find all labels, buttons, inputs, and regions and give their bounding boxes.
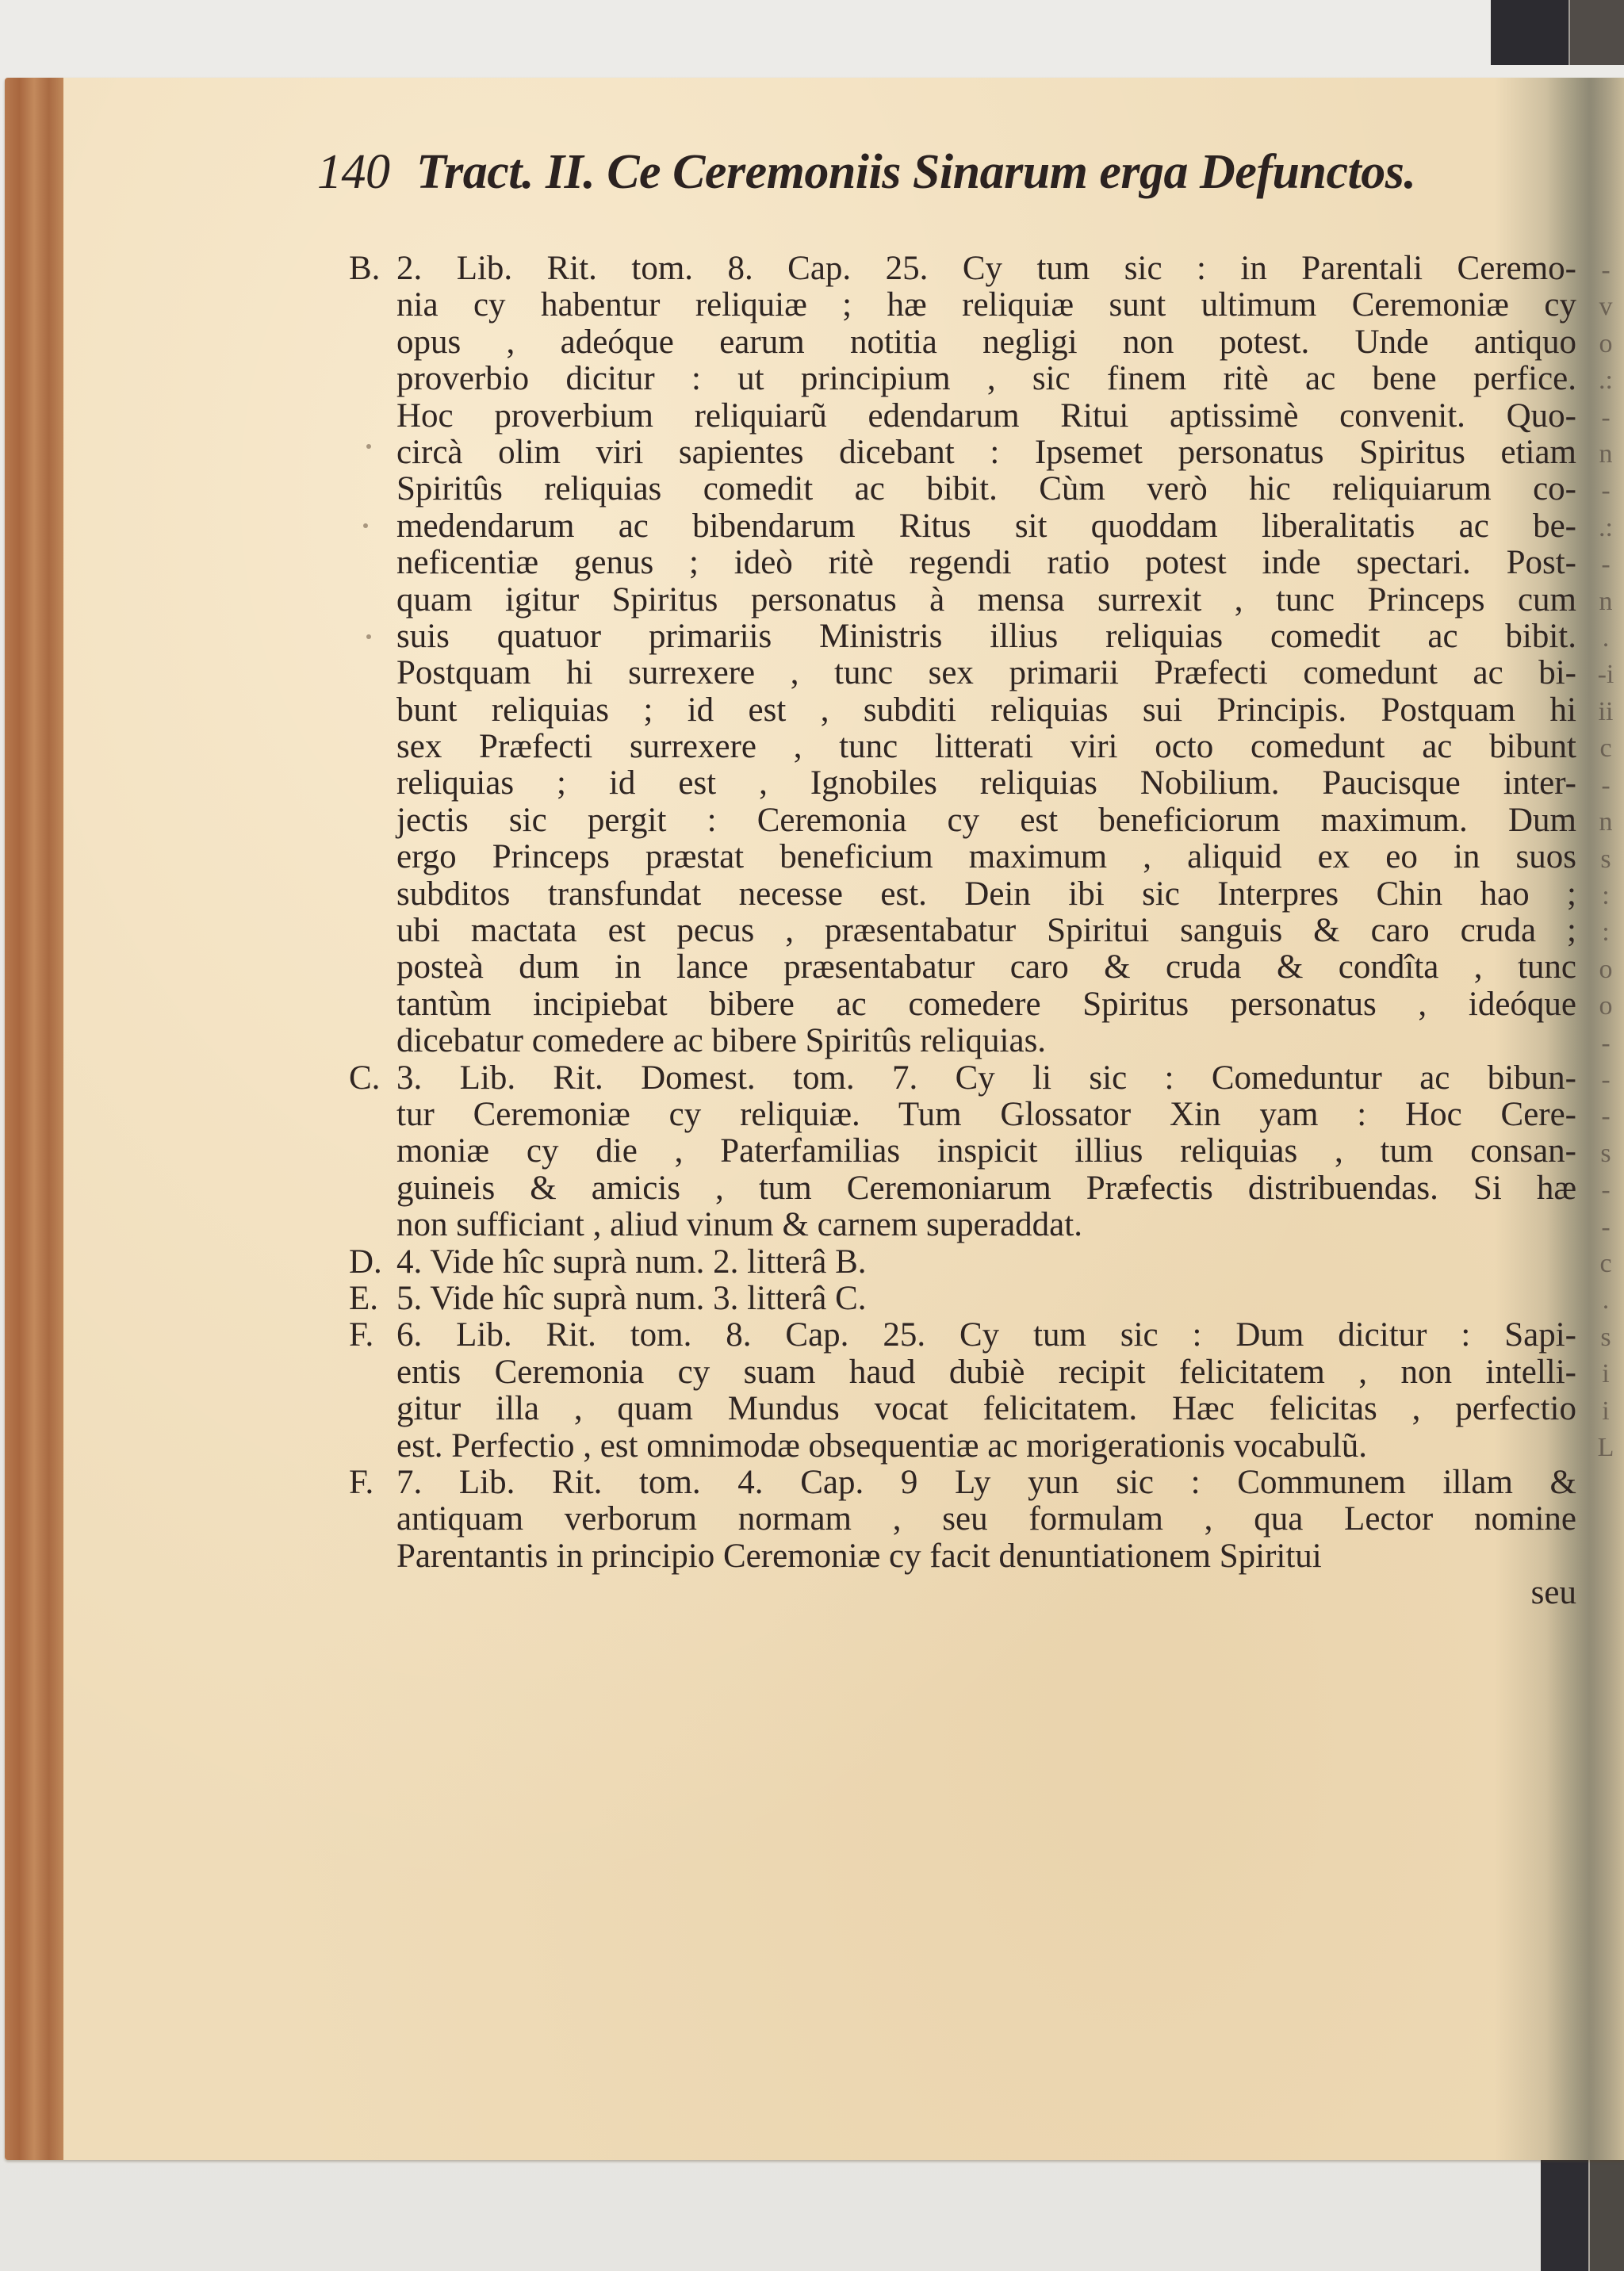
facing-page-glyph: .: <box>1590 510 1622 546</box>
text-line: D.4. Vide hîc suprà num. 2. litterâ B. <box>349 1244 1576 1281</box>
line-text: 4. Vide hîc suprà num. 2. litterâ B. <box>396 1244 1576 1281</box>
footnote-letter: D. <box>349 1244 396 1281</box>
text-line: moniæ cy die , Paterfamilias inspicit il… <box>349 1133 1576 1170</box>
line-text: reliquias ; id est , Ignobiles reliquias… <box>396 765 1576 802</box>
facing-page-glyph: n <box>1590 804 1622 841</box>
line-text: tantùm incipiebat bibere ac comedere Spi… <box>396 986 1576 1023</box>
facing-page-glyph: s <box>1590 1319 1622 1356</box>
line-text: quam igitur Spiritus personatus à mensa … <box>396 582 1576 618</box>
ink-speck <box>366 444 371 449</box>
text-line: E.5. Vide hîc suprà num. 3. litterâ C. <box>349 1281 1576 1317</box>
footnote-letter: F. <box>349 1317 396 1354</box>
facing-page-glyph: o <box>1590 988 1622 1024</box>
line-text: suis quatuor primariis Ministris illius … <box>396 618 1576 655</box>
line-text: 6. Lib. Rit. tom. 8. Cap. 25. Cy tum sic… <box>396 1317 1576 1354</box>
text-line: subditos transfundat necesse est. Dein i… <box>349 876 1576 913</box>
line-text: antiquam verborum normam , seu formulam … <box>396 1501 1576 1538</box>
line-text: opus , adeóque earum notitia negligi non… <box>396 324 1576 361</box>
facing-page-glyph: : <box>1590 878 1622 914</box>
catchword: seu <box>349 1575 1576 1611</box>
facing-page-glyph: - <box>1590 546 1622 583</box>
facing-page-glyph: - <box>1590 252 1622 289</box>
page-edge-stain <box>5 78 63 2160</box>
line-text: guineis & amicis , tum Ceremoniarum Præf… <box>396 1170 1576 1207</box>
facing-page-glyph: ii <box>1590 694 1622 730</box>
facing-page-glyph: v <box>1590 289 1622 325</box>
facing-page-glyph: c <box>1590 730 1622 767</box>
line-text: Parentantis in principio Ceremoniæ cy fa… <box>396 1538 1576 1575</box>
line-text: Postquam hi surrexere , tunc sex primari… <box>396 655 1576 691</box>
facing-page-glyph: n <box>1590 436 1622 473</box>
line-text: ergo Princeps præstat beneficium maximum… <box>396 839 1576 875</box>
facing-page-glyph: L <box>1590 1430 1622 1466</box>
text-line: Postquam hi surrexere , tunc sex primari… <box>349 655 1576 691</box>
text-line: bunt reliquias ; id est , subditi reliqu… <box>349 692 1576 729</box>
text-line: tur Ceremoniæ cy reliquiæ. Tum Glossator… <box>349 1097 1576 1133</box>
facing-page-edge: -vo.:-n-.:-n.-iiic-ns::oo---s--c.siiL <box>1590 252 1622 1466</box>
book-spine-strip-top <box>1568 0 1624 65</box>
facing-page-glyph: - <box>1590 1062 1622 1098</box>
text-line: F.7. Lib. Rit. tom. 4. Cap. 9 Ly yun sic… <box>349 1465 1576 1501</box>
line-text: medendarum ac bibendarum Ritus sit quodd… <box>396 508 1576 545</box>
text-line: dicebatur comedere ac bibere Spiritûs re… <box>349 1023 1576 1059</box>
book-spine-strip-bottom <box>1588 2157 1624 2271</box>
text-line: B.2. Lib. Rit. tom. 8. Cap. 25. Cy tum s… <box>349 251 1576 287</box>
facing-page-glyph: i <box>1590 1356 1622 1392</box>
line-text: proverbio dicitur : ut principium , sic … <box>396 361 1576 397</box>
line-text: 7. Lib. Rit. tom. 4. Cap. 9 Ly yun sic :… <box>396 1465 1576 1501</box>
text-line: medendarum ac bibendarum Ritus sit quodd… <box>349 508 1576 545</box>
page-number: 140 <box>317 144 404 201</box>
text-line: ergo Princeps præstat beneficium maximum… <box>349 839 1576 875</box>
text-line: circà olim viri sapientes dicebant : Ips… <box>349 435 1576 471</box>
text-line: jectis sic pergit : Ceremonia cy est ben… <box>349 802 1576 839</box>
text-line: F.6. Lib. Rit. tom. 8. Cap. 25. Cy tum s… <box>349 1317 1576 1354</box>
line-text: dicebatur comedere ac bibere Spiritûs re… <box>396 1023 1576 1059</box>
ink-speck <box>363 523 368 528</box>
text-line: neficentiæ genus ; ideò ritè regendi rat… <box>349 545 1576 581</box>
footnote-letter: C. <box>349 1060 396 1097</box>
line-text: posteà dum in lance præsentabatur caro &… <box>396 949 1576 986</box>
book-cover-top <box>1491 0 1624 65</box>
facing-page-glyph: -i <box>1590 657 1622 693</box>
text-line: Hoc proverbium reliquiarũ edendarum Ritu… <box>349 398 1576 435</box>
footnote-letter: E. <box>349 1281 396 1317</box>
line-text: nia cy habentur reliquiæ ; hæ reliquiæ s… <box>396 287 1576 324</box>
ink-speck <box>366 634 371 639</box>
text-line: guineis & amicis , tum Ceremoniarum Præf… <box>349 1170 1576 1207</box>
line-text: 5. Vide hîc suprà num. 3. litterâ C. <box>396 1281 1576 1317</box>
text-line: Spiritûs reliquias comedit ac bibit. Cùm… <box>349 471 1576 507</box>
line-text: neficentiæ genus ; ideò ritè regendi rat… <box>396 545 1576 581</box>
line-text: sex Præfecti surrexere , tunc litterati … <box>396 729 1576 765</box>
facing-page-glyph: - <box>1590 768 1622 804</box>
facing-page-glyph: - <box>1590 1098 1622 1135</box>
facing-page-glyph: c <box>1590 1246 1622 1282</box>
text-line: gitur illa , quam Mundus vocat felicitat… <box>349 1391 1576 1427</box>
text-line: nia cy habentur reliquiæ ; hæ reliquiæ s… <box>349 287 1576 324</box>
text-line: est. Perfectio , est omnimodæ obsequenti… <box>349 1428 1576 1465</box>
facing-page-glyph: i <box>1590 1393 1622 1430</box>
text-line: non sufficiant , aliud vinum & carnem su… <box>349 1207 1576 1243</box>
line-text: moniæ cy die , Paterfamilias inspicit il… <box>396 1133 1576 1170</box>
facing-page-glyph: - <box>1590 1172 1622 1208</box>
line-text: gitur illa , quam Mundus vocat felicitat… <box>396 1391 1576 1427</box>
text-line: opus , adeóque earum notitia negligi non… <box>349 324 1576 361</box>
facing-page-glyph: - <box>1590 473 1622 509</box>
line-text: Hoc proverbium reliquiarũ edendarum Ritu… <box>396 398 1576 435</box>
line-text: tur Ceremoniæ cy reliquiæ. Tum Glossator… <box>396 1097 1576 1133</box>
facing-page-glyph: . <box>1590 620 1622 657</box>
footnote-letter: B. <box>349 251 396 287</box>
text-line: posteà dum in lance præsentabatur caro &… <box>349 949 1576 986</box>
facing-page-glyph: .: <box>1590 362 1622 399</box>
text-line: reliquias ; id est , Ignobiles reliquias… <box>349 765 1576 802</box>
facing-page-glyph: - <box>1590 1209 1622 1246</box>
running-head-title: Tract. II. Ce Ceremoniis Sinarum erga De… <box>416 145 1415 199</box>
facing-page-glyph: s <box>1590 841 1622 878</box>
footnote-text-block: B.2. Lib. Rit. tom. 8. Cap. 25. Cy tum s… <box>349 251 1576 1611</box>
line-text: bunt reliquias ; id est , subditi reliqu… <box>396 692 1576 729</box>
line-text: ubi mactata est pecus , præsentabatur Sp… <box>396 913 1576 949</box>
text-line: ubi mactata est pecus , præsentabatur Sp… <box>349 913 1576 949</box>
line-text: 2. Lib. Rit. tom. 8. Cap. 25. Cy tum sic… <box>396 251 1576 287</box>
facing-page-glyph: - <box>1590 1025 1622 1062</box>
text-line: tantùm incipiebat bibere ac comedere Spi… <box>349 986 1576 1023</box>
line-text: est. Perfectio , est omnimodæ obsequenti… <box>396 1428 1576 1465</box>
text-line: antiquam verborum normam , seu formulam … <box>349 1501 1576 1538</box>
facing-page-glyph: . <box>1590 1282 1622 1319</box>
facing-page-glyph: o <box>1590 326 1622 362</box>
facing-page-glyph: - <box>1590 400 1622 436</box>
text-line: quam igitur Spiritus personatus à mensa … <box>349 582 1576 618</box>
footnote-letter: F. <box>349 1465 396 1501</box>
text-line: C.3. Lib. Rit. Domest. tom. 7. Cy li sic… <box>349 1060 1576 1097</box>
text-line: proverbio dicitur : ut principium , sic … <box>349 361 1576 397</box>
text-line: entis Ceremonia cy suam haud dubiè recip… <box>349 1354 1576 1391</box>
text-line: Parentantis in principio Ceremoniæ cy fa… <box>349 1538 1576 1575</box>
facing-page-glyph: : <box>1590 914 1622 951</box>
facing-page-glyph: o <box>1590 952 1622 988</box>
text-line: sex Præfecti surrexere , tunc litterati … <box>349 729 1576 765</box>
line-text: subditos transfundat necesse est. Dein i… <box>396 876 1576 913</box>
line-text: 3. Lib. Rit. Domest. tom. 7. Cy li sic :… <box>396 1060 1576 1097</box>
facing-page-glyph: s <box>1590 1135 1622 1172</box>
running-head: 140 Tract. II. Ce Ceremoniis Sinarum erg… <box>317 144 1602 208</box>
line-text: non sufficiant , aliud vinum & carnem su… <box>396 1207 1576 1243</box>
line-text: entis Ceremonia cy suam haud dubiè recip… <box>396 1354 1576 1391</box>
book-cover-bottom <box>1541 2157 1624 2271</box>
line-text: Spiritûs reliquias comedit ac bibit. Cùm… <box>396 471 1576 507</box>
text-line: suis quatuor primariis Ministris illius … <box>349 618 1576 655</box>
line-text: jectis sic pergit : Ceremonia cy est ben… <box>396 802 1576 839</box>
facing-page-glyph: n <box>1590 584 1622 620</box>
line-text: circà olim viri sapientes dicebant : Ips… <box>396 435 1576 471</box>
